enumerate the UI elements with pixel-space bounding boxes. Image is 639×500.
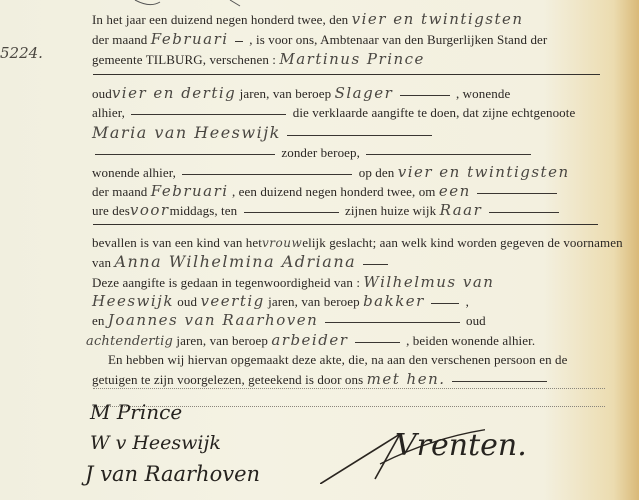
- record-line-10: ure desvoormiddags, ten zijnen huize wij…: [92, 199, 562, 221]
- printed-text: , wonende: [456, 86, 510, 101]
- blank-line: [489, 212, 559, 213]
- ruled-line: [93, 74, 600, 75]
- printed-text: zonder beroep,: [281, 145, 360, 160]
- handwritten-witness-1-occupation: bakker: [363, 292, 425, 310]
- handwritten-witness-1-surname: Heeswijk: [92, 292, 174, 310]
- printed-text: elijk geslacht; aan welk kind worden geg…: [302, 235, 622, 250]
- printed-text: der maand: [92, 184, 147, 199]
- handwritten-declarant-name: Martinus Prince: [279, 50, 425, 68]
- printed-text: oud: [177, 294, 197, 309]
- printed-text: jaren, van beroep: [240, 86, 332, 101]
- signature-witness-2: J van Raarhoven: [85, 462, 260, 486]
- birth-record-page: 5224. In het jaar een duizend negen hond…: [0, 0, 639, 500]
- handwritten-mother-name: Maria van Heeswijk: [92, 123, 281, 142]
- blank-line: [235, 41, 243, 42]
- printed-text: ure des: [92, 203, 130, 218]
- printed-text: , is voor ons, Ambtenaar van den Burgerl…: [249, 32, 547, 47]
- handwritten-birth-day: vier en twintigsten: [398, 163, 570, 181]
- record-line-4: oudvier en dertig jaren, van beroep Slag…: [92, 82, 510, 104]
- printed-text: En hebben wij hiervan opgemaakt deze akt…: [108, 352, 568, 367]
- blank-line: [182, 174, 352, 175]
- blank-line: [400, 95, 450, 96]
- handwritten-witness-2: Joannes van Raarhoven: [108, 311, 318, 329]
- register-number: 5224.: [0, 44, 43, 62]
- handwritten-age: vier en dertig: [112, 84, 236, 102]
- printed-text: alhier,: [92, 105, 125, 120]
- printed-text: van: [92, 255, 111, 270]
- record-line-3: gemeente TILBURG, verschenen : Martinus …: [92, 48, 425, 70]
- printed-text: gemeente TILBURG, verschenen :: [92, 52, 276, 67]
- handwritten-month: Februari: [151, 30, 229, 48]
- handwritten-time-of-day: voor: [130, 201, 170, 219]
- handwritten-witness-1-age: veertig: [200, 292, 264, 310]
- printed-text: oud: [92, 86, 112, 101]
- blank-line: [325, 322, 460, 323]
- blank-line: [452, 381, 547, 382]
- record-line-2: der maand Februari , is voor ons, Ambten…: [92, 28, 547, 50]
- blank-line: [477, 193, 557, 194]
- handwritten-occupation: Slager: [335, 84, 394, 102]
- printed-text: Deze aangifte is gedaan in tegenwoordigh…: [92, 275, 360, 290]
- handwritten-sex: vrouw: [262, 236, 302, 250]
- printed-text: jaren, van beroep: [176, 333, 268, 348]
- record-line-18: getuigen te zijn voorgelezen, geteekend …: [92, 368, 550, 390]
- handwritten-witness-2-age: achtendertig: [86, 334, 173, 349]
- handwritten-signed-with: met hen.: [367, 370, 446, 388]
- handwritten-child-name: Anna Wilhelmina Adriana: [114, 252, 356, 271]
- blank-line: [95, 154, 275, 155]
- record-line-12: van Anna Wilhelmina Adriana: [92, 251, 391, 273]
- blank-line: [244, 212, 339, 213]
- signature-declarant: M Prince: [90, 400, 182, 424]
- record-line-16: achtendertig jaren, van beroep arbeider …: [86, 329, 535, 351]
- blank-line: [131, 114, 286, 115]
- printed-text: der maand: [92, 32, 147, 47]
- blank-line: [355, 342, 400, 343]
- handwritten-witness-2-occupation: arbeider: [271, 331, 348, 349]
- printed-text: In het jaar een duizend negen honderd tw…: [92, 12, 348, 27]
- printed-text: bevallen is van een kind van het: [92, 235, 262, 250]
- handwritten-birth-month: Februari: [151, 182, 229, 200]
- printed-text: middags, ten: [170, 203, 238, 218]
- printed-text: op den: [359, 165, 395, 180]
- blank-line: [431, 303, 459, 304]
- signature-official: Vrenten.: [395, 428, 527, 463]
- handwritten-birth-hour: een: [439, 182, 471, 200]
- printed-text: oud: [466, 313, 486, 328]
- printed-text: zijnen huize wijk: [345, 203, 436, 218]
- handwritten-day: vier en twintigsten: [352, 10, 524, 28]
- printed-text: , beiden wonende alhier.: [406, 333, 535, 348]
- printed-text: die verklaarde aangifte te doen, dat zij…: [293, 105, 576, 120]
- printed-text: en: [92, 313, 104, 328]
- record-line-5: alhier, die verklaarde aangifte te doen,…: [92, 102, 575, 124]
- record-line-15: en Joannes van Raarhoven oud: [92, 309, 486, 331]
- printed-text: jaren, van beroep: [268, 294, 360, 309]
- printed-text: getuigen te zijn voorgelezen, geteekend …: [92, 372, 363, 387]
- handwritten-witness-1: Wilhelmus van: [363, 273, 494, 291]
- dotted-line: [93, 388, 605, 389]
- blank-line: [287, 135, 432, 136]
- blank-line: [366, 154, 531, 155]
- handwritten-district: Raar: [440, 201, 483, 219]
- printed-text: ,: [466, 294, 469, 309]
- blank-line: [363, 264, 388, 265]
- ruled-line: [93, 224, 598, 225]
- record-line-6: Maria van Heeswijk: [92, 122, 435, 144]
- printed-text: , een duizend negen honderd twee, om: [232, 184, 436, 199]
- signature-witness-1: W v Heeswijk: [90, 432, 221, 454]
- printed-text: wonende alhier,: [92, 165, 176, 180]
- record-line-1: In het jaar een duizend negen honderd tw…: [92, 8, 524, 30]
